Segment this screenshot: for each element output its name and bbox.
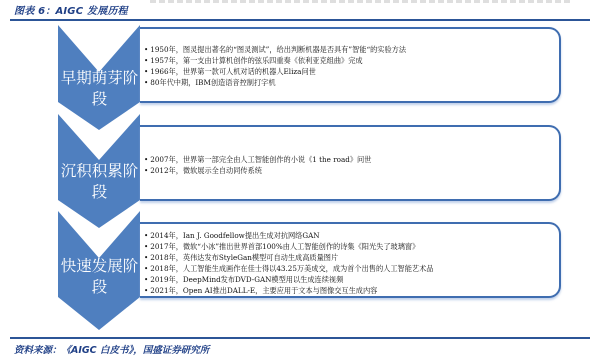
event-item: 1957年，第一支由计算机创作的弦乐四重奏《依利亚克组曲》完成: [144, 55, 559, 66]
stage-3-events-box: 2014年，Ian J. Goodfellow提出生成对抗网络GAN 2017年…: [140, 222, 561, 298]
stage-1-label: 早期萌芽阶段: [58, 68, 141, 110]
event-item: 1950年，图灵提出著名的“图灵测试”，给出判断机器是否具有”智能“的实验方法: [144, 44, 559, 55]
event-item: 2017年，微软“小冰”推出世界首部100%由人工智能创作的诗集《阳光失了玻璃窗…: [144, 241, 559, 252]
source-note: 资料来源：《AIGC 白皮书》，国盛证券研究所: [14, 342, 209, 356]
event-item: 2018年，英伟达发布StyleGan模型可自动生成高质量图片: [144, 252, 559, 263]
event-item: 80年代中期，IBM创造语音控制打字机: [144, 77, 559, 88]
event-item: 2007年，世界第一部完全由人工智能创作的小说《1 the road》问世: [144, 154, 559, 165]
stage-2-label: 沉积积累阶段: [58, 161, 141, 203]
event-item: 2021年，Open AI推出DALL-E，主要应用于文本与图像交互生成内容: [144, 285, 559, 296]
event-item: 2019年，DeepMind发布DVD-GAN模型用以生成连续视频: [144, 274, 559, 285]
stage-1-events-box: 1950年，图灵提出著名的“图灵测试”，给出判断机器是否具有”智能“的实验方法 …: [140, 27, 561, 103]
event-item: 1966年，世界第一款可人机对话的机器人Eliza问世: [144, 66, 559, 77]
stage-2-events-box: 2007年，世界第一部完全由人工智能创作的小说《1 the road》问世 20…: [140, 125, 561, 201]
event-item: 2018年，人工智能生成画作在佳士得以43.25万美成交，成为首个出售的人工智能…: [144, 263, 559, 274]
event-item: 2014年，Ian J. Goodfellow提出生成对抗网络GAN: [144, 230, 559, 241]
event-item: 2012年，微软展示全自动同传系统: [144, 165, 559, 176]
footer-divider: [10, 337, 590, 339]
stage-3-label: 快速发展阶段: [58, 256, 141, 298]
